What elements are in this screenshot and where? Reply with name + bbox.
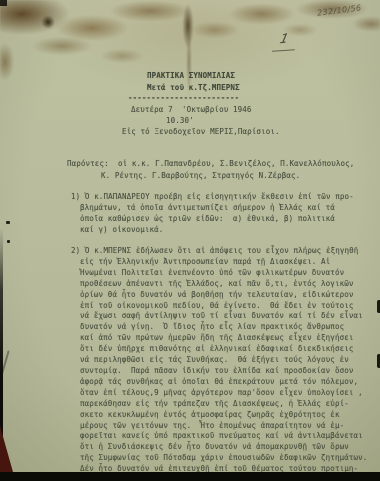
typed-line: παρεκάθησαν εἰς τήν τράπεζαν τῆς Διασκέψ…	[80, 399, 367, 410]
typed-line: ὅταν ἐπί τέλους,9 μῆνας ἀργότερον παρ'ὅσ…	[80, 388, 367, 399]
typed-line: νά ἔχωσι σαφῆ ἀντίληψιν τοῦ τί εἶναι δυν…	[80, 311, 367, 322]
typed-line: ὁρίων θά ἦτο δυνατόν νά βοηθήσῃ τήν τελε…	[80, 290, 367, 301]
typed-line: προθέσεων ἀπέναντι τῆς Ἑλλάδος, καί πᾶν …	[80, 279, 367, 290]
margin-ink-dot	[6, 221, 10, 224]
place-line: Εἰς τό Ξενοδοχεῖον ΜΕΡΙΣ,Παρίσιοι.	[122, 127, 280, 138]
typed-line: ὁποῖα καθώρισεν ὡς τριῶν εἰδῶν: α) ἐθνικ…	[80, 214, 354, 225]
typed-line: φορεῖται κανείς ὑπό πρακτικοῦ πνεύματος …	[80, 431, 367, 442]
typed-line: ἀφορᾷ τάς συνθήκας αἱ ὁποῖαι θά ἐπεκράτο…	[80, 377, 367, 388]
pencil-file-reference: 232/10/56	[317, 3, 362, 17]
typed-line: ὅτι ἡ Συνδιάσκεψις δέν ἦτο δυνατόν νά ἀπ…	[80, 442, 367, 453]
margin-ink-dot	[7, 240, 10, 243]
typed-line: Ἡνωμέναι Πολιτεῖαι ἐνεπνέοντο ὑπό τῶν φι…	[80, 268, 367, 279]
attendees-line-1: Παρόντες: οἱ κ.κ. Γ.Παπανδρέου, Σ.Βενιζέ…	[67, 159, 354, 170]
typed-line: τῆς Συμφωνίας τοῦ Πότσδαμ χάριν ἐπουσιωδ…	[80, 453, 367, 464]
typed-line: μέρους τῶν γειτόνων της. Ἦτο ἑπομένως ἀπ…	[80, 421, 367, 432]
typed-line: καί γ) οἰκονομικά.	[80, 225, 354, 236]
typed-line: 1) Ὁ κ.ΠΑΠΑΝΔΡΕΟΥ προέβη εἰς εἰσηγητικήν…	[71, 192, 354, 203]
typed-line: συντομίᾳ. Παρά πᾶσαν ἰδικήν του ἐλπίδα κ…	[80, 366, 367, 377]
typed-line: νά περιληφθῶσι εἰς τάς Συνθήκας. Θά ἐξήγ…	[80, 355, 367, 366]
attendees-line-2: Κ. Ρέντης. Γ.Βαρβούτης, Στρατηγός Ν.Ζέρβ…	[101, 171, 300, 182]
document-title: ΠΡΑΚΤΙΚΑ ΣΥΝΟΜΙΛΙΑΣ	[147, 71, 235, 82]
typed-line: βλημάτων, τά ὁποῖα ἀντιμετωπίζει σήμερον…	[80, 203, 354, 214]
time-line: 10.30'	[166, 116, 194, 127]
typed-line: σκετο κεκυκλωμένη ἐντός ἀτμοσφαίρας ζωηρ…	[80, 410, 367, 421]
typed-line: εἰς τήν Ἑλληνικήν Ἀντιπροσωπείαν παρά τῇ…	[80, 257, 367, 268]
typed-line: καί ἀπό τῶν πρώτων ἡμερῶν ἤδη τῆς Διασκέ…	[80, 333, 367, 344]
date-line: Δευτέρα 7 'Οκτωβρίου 1946	[131, 105, 252, 116]
pencil-page-number-underline	[272, 49, 295, 52]
paragraph-1: 1) Ὁ κ.ΠΑΠΑΝΔΡΕΟΥ προέβη εἰς εἰσηγητικήν…	[71, 192, 354, 236]
typed-line: 2) Ὁ κ.ΜΠΕΡΝΣ ἐδήλωσεν ὅτι αἱ ἀπόψεις το…	[71, 246, 367, 257]
scan-edge-bottom	[0, 472, 380, 481]
paragraph-2: 2) Ὁ κ.ΜΠΕΡΝΣ ἐδήλωσεν ὅτι αἱ ἀπόψεις το…	[71, 246, 367, 475]
scan-corner-top-left	[0, 0, 7, 6]
pencil-page-number: 1	[278, 31, 290, 47]
typed-line: ὅτι δέν ὑπῆρχε πιθανότης αἱ ἑλληνικαί ἐδ…	[80, 344, 367, 355]
typed-line: ἐπί τοῦ οἰκονομικοῦ πεδίου, θά ἐγίνετο. …	[80, 301, 367, 312]
typed-line: δυνατόν νά γίνῃ. Ὁ ἴδιος ἦτο εἷς λίαν πρ…	[80, 322, 367, 333]
scanned-document-page: 232/10/56 1 ΠΡΑΚΤΙΚΑ ΣΥΝΟΜΙΛΙΑΣ Μετά τοῦ…	[0, 0, 380, 481]
header-separator: ------------------------	[128, 93, 239, 104]
